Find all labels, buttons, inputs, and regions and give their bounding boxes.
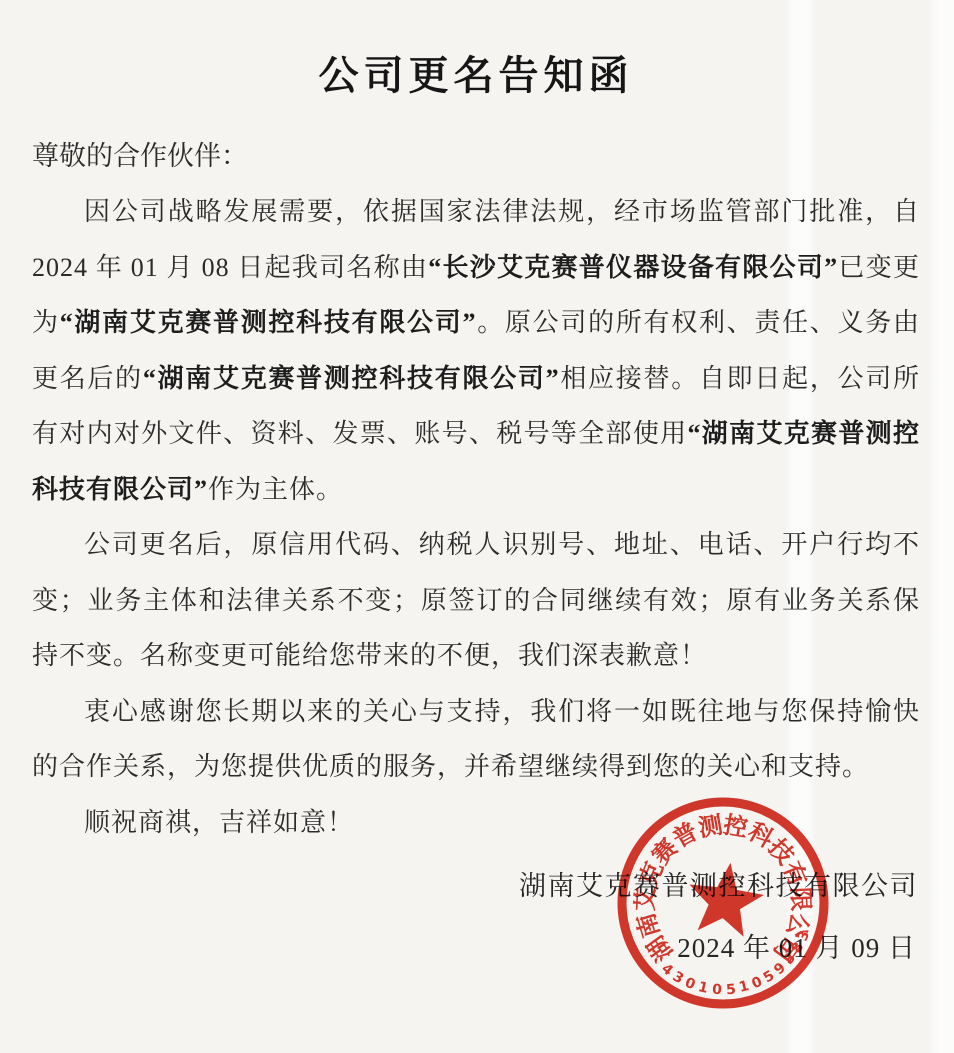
signature-company-name: 湖南艾克赛普测控科技有限公司 bbox=[519, 864, 918, 903]
letter-title: 公司更名告知函 bbox=[32, 50, 920, 102]
text-run: 公司更名后，原信用代码、纳税人识别号、地址、电话、开户行均不变；业务主体和法律关… bbox=[32, 530, 920, 670]
text-run: 衷心感谢您长期以来的关心与支持，我们将一如既往地与您保持愉快的合作关系，为您提供… bbox=[32, 697, 920, 782]
seal-serial-digit: 4 bbox=[658, 960, 676, 979]
text-run: 顺祝商祺，吉祥如意！ bbox=[84, 808, 354, 837]
salutation: 尊敬的合作伙伴： bbox=[32, 128, 920, 184]
text-run: 作为主体。 bbox=[208, 475, 343, 504]
paragraph: 公司更名后，原信用代码、纳税人识别号、地址、电话、开户行均不变；业务主体和法律关… bbox=[32, 517, 920, 684]
paragraph: 衷心感谢您长期以来的关心与支持，我们将一如既往地与您保持愉快的合作关系，为您提供… bbox=[32, 684, 920, 795]
seal-serial-digit: 0 bbox=[683, 974, 698, 992]
seal-serial-digit: 1 bbox=[737, 978, 750, 996]
seal-ring-char: 湖 bbox=[637, 930, 679, 970]
paragraph: 顺祝商祺，吉祥如意！ bbox=[32, 795, 920, 851]
seal-serial-digit: 1 bbox=[697, 979, 710, 997]
text-run: “湖南艾克赛普测控科技有限公司” bbox=[143, 364, 560, 393]
seal-serial-digit: 5 bbox=[761, 967, 778, 986]
letter-page: 公司更名告知函 尊敬的合作伙伴： 因公司战略发展需要，依据国家法律法规，经市场监… bbox=[0, 0, 954, 1053]
seal-serial-digit: 5 bbox=[725, 981, 736, 998]
letter-content: 公司更名告知函 尊敬的合作伙伴： 因公司战略发展需要，依据国家法律法规，经市场监… bbox=[0, 0, 954, 850]
signature-date: 2024 年 01 月 09 日 bbox=[677, 926, 916, 965]
seal-ring-char: 南 bbox=[626, 909, 666, 942]
paragraphs: 因公司战略发展需要，依据国家法律法规，经市场监管部门批准，自 2024 年 01… bbox=[32, 184, 920, 850]
paragraph: 因公司战略发展需要，依据国家法律法规，经市场监管部门批准，自 2024 年 01… bbox=[32, 184, 920, 517]
text-run: “湖南艾克赛普测控科技有限公司” bbox=[60, 308, 477, 337]
seal-serial-digit: 3 bbox=[670, 968, 687, 987]
seal-serial-digit: 0 bbox=[749, 974, 764, 993]
text-run: “长沙艾克赛普仪器设备有限公司” bbox=[428, 253, 838, 282]
seal-serial-digit: 0 bbox=[712, 981, 723, 998]
